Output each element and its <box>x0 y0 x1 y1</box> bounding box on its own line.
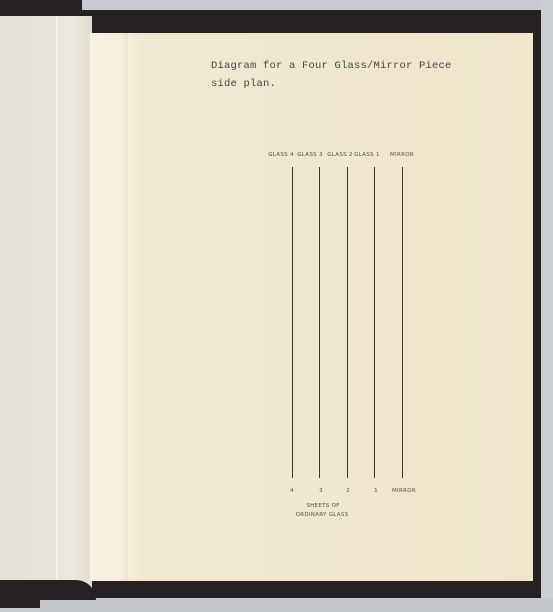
caption-line-1: SHEETS OF <box>306 503 339 509</box>
label-glass-4: GLASS 4 <box>268 152 294 158</box>
glass-2-line <box>347 167 348 478</box>
background <box>541 0 553 612</box>
document-title: Diagram for a Four Glass/Mirror Piece si… <box>211 57 452 93</box>
bottom-label-2: 2 <box>346 488 350 494</box>
bottom-label-1: 1 <box>374 488 378 494</box>
label-glass-2: GLASS 2 <box>327 152 353 158</box>
page-gutter <box>90 33 128 581</box>
glass-3-line <box>319 167 320 478</box>
cover-curve <box>0 580 96 600</box>
left-page-edges <box>0 16 92 598</box>
mirror-line <box>402 167 403 478</box>
caption-line-2: ORDINARY GLASS <box>296 512 349 518</box>
label-glass-1: GLASS 1 <box>354 152 380 158</box>
document-page <box>90 33 533 581</box>
background <box>82 0 553 10</box>
background <box>40 598 553 612</box>
title-line-2: side plan. <box>211 78 276 90</box>
glass-4-line <box>292 167 293 478</box>
title-line-1: Diagram for a Four Glass/Mirror Piece <box>211 60 452 72</box>
bottom-label-3: 3 <box>319 488 323 494</box>
bottom-label-4: 4 <box>290 488 294 494</box>
bottom-label-mirror: MIRROR <box>392 488 416 494</box>
label-glass-3: GLASS 3 <box>297 152 323 158</box>
label-mirror: MIRROR <box>390 152 414 158</box>
glass-1-line <box>374 167 375 478</box>
